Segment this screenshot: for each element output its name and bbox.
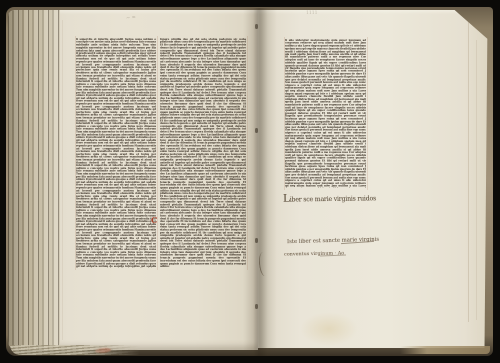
sewing-mark bbox=[255, 24, 258, 29]
blackletter-text: funere uirgilia deo qd dei sola statua p… bbox=[160, 38, 246, 268]
sewing-mark bbox=[255, 304, 258, 309]
ex-libris-inscription: Liber sce marie virginis ruidos bbox=[283, 191, 376, 204]
red-rubric-mark: C bbox=[151, 216, 157, 224]
binding-gutter-shadow bbox=[243, 8, 277, 356]
bottom-page-edges-left bbox=[10, 345, 140, 355]
parchment-stain bbox=[300, 312, 358, 346]
bottom-page-edges-right bbox=[400, 346, 490, 354]
left-page-text-column-1: ti supervite et interite abscondit Jncip… bbox=[76, 38, 156, 268]
right-page-text-column: ti alio uideretur maturamente quia super… bbox=[285, 39, 366, 188]
fore-edge-page-stack bbox=[8, 10, 60, 350]
ruling-line bbox=[247, 36, 248, 270]
sewing-mark bbox=[255, 128, 258, 133]
left-page-text-column-2: funere uirgilia deo qd dei sola statua p… bbox=[160, 38, 246, 268]
manuscript-photograph: ti supervite et interite abscondit Jncip… bbox=[0, 0, 500, 363]
top-margin-mark-right: 1111 bbox=[306, 11, 317, 16]
ruling-line bbox=[157, 36, 158, 270]
parchment-crease bbox=[476, 40, 477, 320]
parchment-crease bbox=[468, 22, 469, 322]
sewing-mark bbox=[255, 238, 258, 243]
ruling-line bbox=[367, 37, 368, 190]
blackletter-text: ti supervite et interite abscondit Jncip… bbox=[76, 38, 156, 268]
blackletter-text: ti alio uideretur maturamente quia super… bbox=[285, 39, 366, 188]
parchment-crease bbox=[62, 20, 63, 340]
